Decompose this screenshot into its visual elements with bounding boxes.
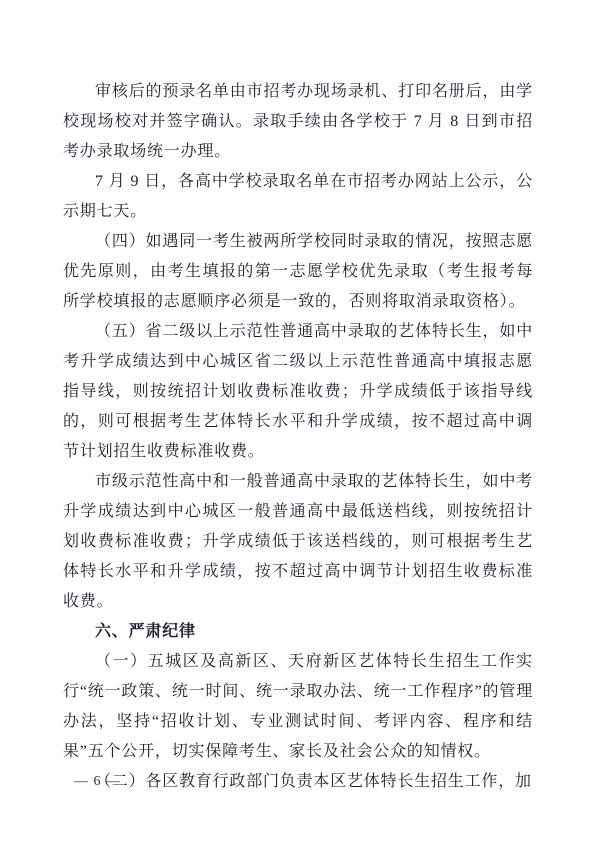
para-item-2-district-responsibility: （二）各区教育行政部门负责本区艺体特长生招生工作，加 [63, 767, 533, 797]
heading-section-6-strict-discipline: 六、严肃纪律 [63, 617, 533, 647]
para-pre-admission-list-confirmation: 审核后的预录名单由市招考办现场录机、打印名册后，由学校现场校对并签字确认。录取手… [63, 77, 533, 167]
para-item-1-unified-policy: （一）五城区及高新区、天府新区艺体特长生招生工作实行“统一政策、统一时间、统一录… [63, 647, 533, 767]
document-body: 审核后的预录名单由市招考办现场录机、打印名册后，由学校现场校对并签字确认。录取手… [63, 77, 533, 797]
page-number: — 6 — [74, 772, 121, 792]
para-item-4-dual-admission-rule: （四）如遇同一考生被两所学校同时录取的情况，按照志愿优先原则，由考生填报的第一志… [63, 227, 533, 317]
para-item-5-provincial-demo-school-fees: （五）省二级以上示范性普通高中录取的艺体特长生，如中考升学成绩达到中心城区省二级… [63, 317, 533, 467]
document-page: 审核后的预录名单由市招考办现场录机、打印名册后，由学校现场校对并签字确认。录取手… [0, 0, 595, 842]
para-city-level-school-fees: 市级示范性高中和一般普通高中录取的艺体特长生，如中考升学成绩达到中心城区一般普通… [63, 467, 533, 617]
para-july9-public-notice: 7 月 9 日，各高中学校录取名单在市招考办网站上公示，公示期七天。 [63, 167, 533, 227]
